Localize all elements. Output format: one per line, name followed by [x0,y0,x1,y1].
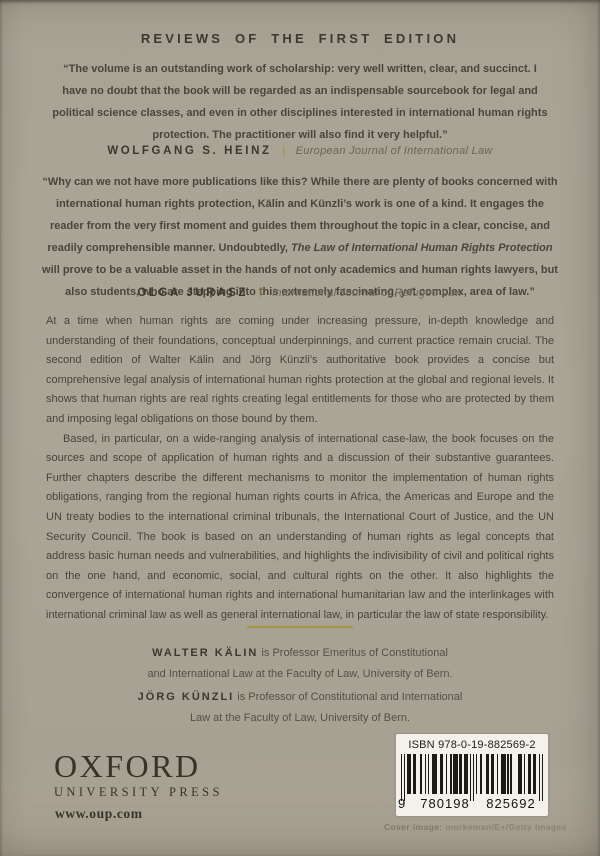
barcode-bar [530,754,532,794]
barcode-bar [470,754,472,801]
bio-line-1: JÖRG KÜNZLI is Professor of Constitution… [100,687,500,708]
barcode-bar [521,754,523,794]
bio-text: is Professor of Constitutional and Inter… [237,691,462,703]
barcode-bar [420,754,422,794]
review-source-journal: International Journal of Refugee Law [272,287,463,299]
review-attribution-2: OLGA JURASZ | International Journal of R… [0,283,600,301]
barcode-digit-group: 9 [398,796,412,811]
reviews-section-title: REVIEWS OF THE FIRST EDITION [0,31,600,46]
barcode-bar [534,754,536,794]
oxford-university-press-logo: OXFORD UNIVERSITY PRESS [54,751,223,800]
review-source-journal: European Journal of International Law [296,145,493,157]
barcode-bar [414,754,416,794]
barcode-bar [507,754,509,794]
barcode-bar [441,754,443,794]
barcode-bar [410,754,412,794]
barcode-bar [492,754,494,794]
barcode-digits: 9 780198 825692 [396,796,548,811]
reviewer-name: OLGA JURASZ [137,287,248,299]
publisher-wordmark: OXFORD [54,751,223,781]
author-name: JÖRG KÜNZLI [138,691,235,703]
barcode-bar [461,754,463,794]
cover-image-credit: Cover image: morkeman/E+/Getty Images [384,822,567,832]
barcode-bar [497,754,499,794]
barcode-bar [404,754,406,801]
barcode-bar [539,754,541,801]
barcode-bar [456,754,458,794]
bio-line-2: and International Law at the Faculty of … [100,664,500,685]
barcode-bar [504,754,506,794]
publisher-website: www.oup.com [55,806,143,822]
bio-line-1: WALTER KÄLIN is Professor Emeritus of Co… [100,643,500,664]
barcode-bar [446,754,448,794]
description-paragraph-1: At a time when human rights are coming u… [46,312,554,430]
barcode-bar [542,754,544,801]
credit-label: Cover image: [384,822,443,832]
barcode-bar [524,754,526,794]
bio-line-2: Law at the Faculty of Law, University of… [100,708,500,729]
barcode-bar [425,754,427,794]
publisher-wordmark-sub: UNIVERSITY PRESS [54,785,223,800]
author-bio-walter-kalin: WALTER KÄLIN is Professor Emeritus of Co… [100,643,500,685]
book-back-cover: REVIEWS OF THE FIRST EDITION “The volume… [0,0,600,856]
barcode-bar [473,754,475,801]
reviewer-name: WOLFGANG S. HEINZ [107,145,271,157]
barcode-bar [401,754,403,801]
barcode-bar [467,754,469,794]
barcode-bar [476,754,478,794]
bio-text: is Professor Emeritus of Constitutional [261,647,447,659]
author-name: WALTER KÄLIN [152,647,258,659]
barcode-bar [428,754,430,794]
isbn-label: ISBN 978-0-19-882569-2 [396,739,548,751]
review-attribution-1: WOLFGANG S. HEINZ | European Journal of … [0,141,600,159]
barcode-bar [450,754,452,794]
author-bio-jorg-kunzli: JÖRG KÜNZLI is Professor of Constitution… [100,687,500,729]
barcode-digit-group: 780198 [412,796,478,811]
book-title-italic: The Law of International Human Rights Pr… [291,242,553,254]
barcode-bar [488,754,490,794]
barcode-digit-group: 825692 [478,796,544,811]
barcode-bar [510,754,512,794]
description-paragraph-2: Based, in particular, on a wide-ranging … [46,430,554,626]
barcode-bar [435,754,437,794]
attribution-separator: | [282,143,285,157]
review-quote-1: “The volume is an outstanding work of sc… [50,58,550,146]
credit-value: morkeman/E+/Getty Images [443,822,567,832]
book-description: At a time when human rights are coming u… [46,312,554,626]
barcode-bar [480,754,482,794]
attribution-separator: | [258,285,261,299]
barcode-bars [401,754,544,794]
isbn-barcode-panel: ISBN 978-0-19-882569-2 9 780198 825692 [396,734,548,816]
gold-divider-rule [247,626,353,628]
